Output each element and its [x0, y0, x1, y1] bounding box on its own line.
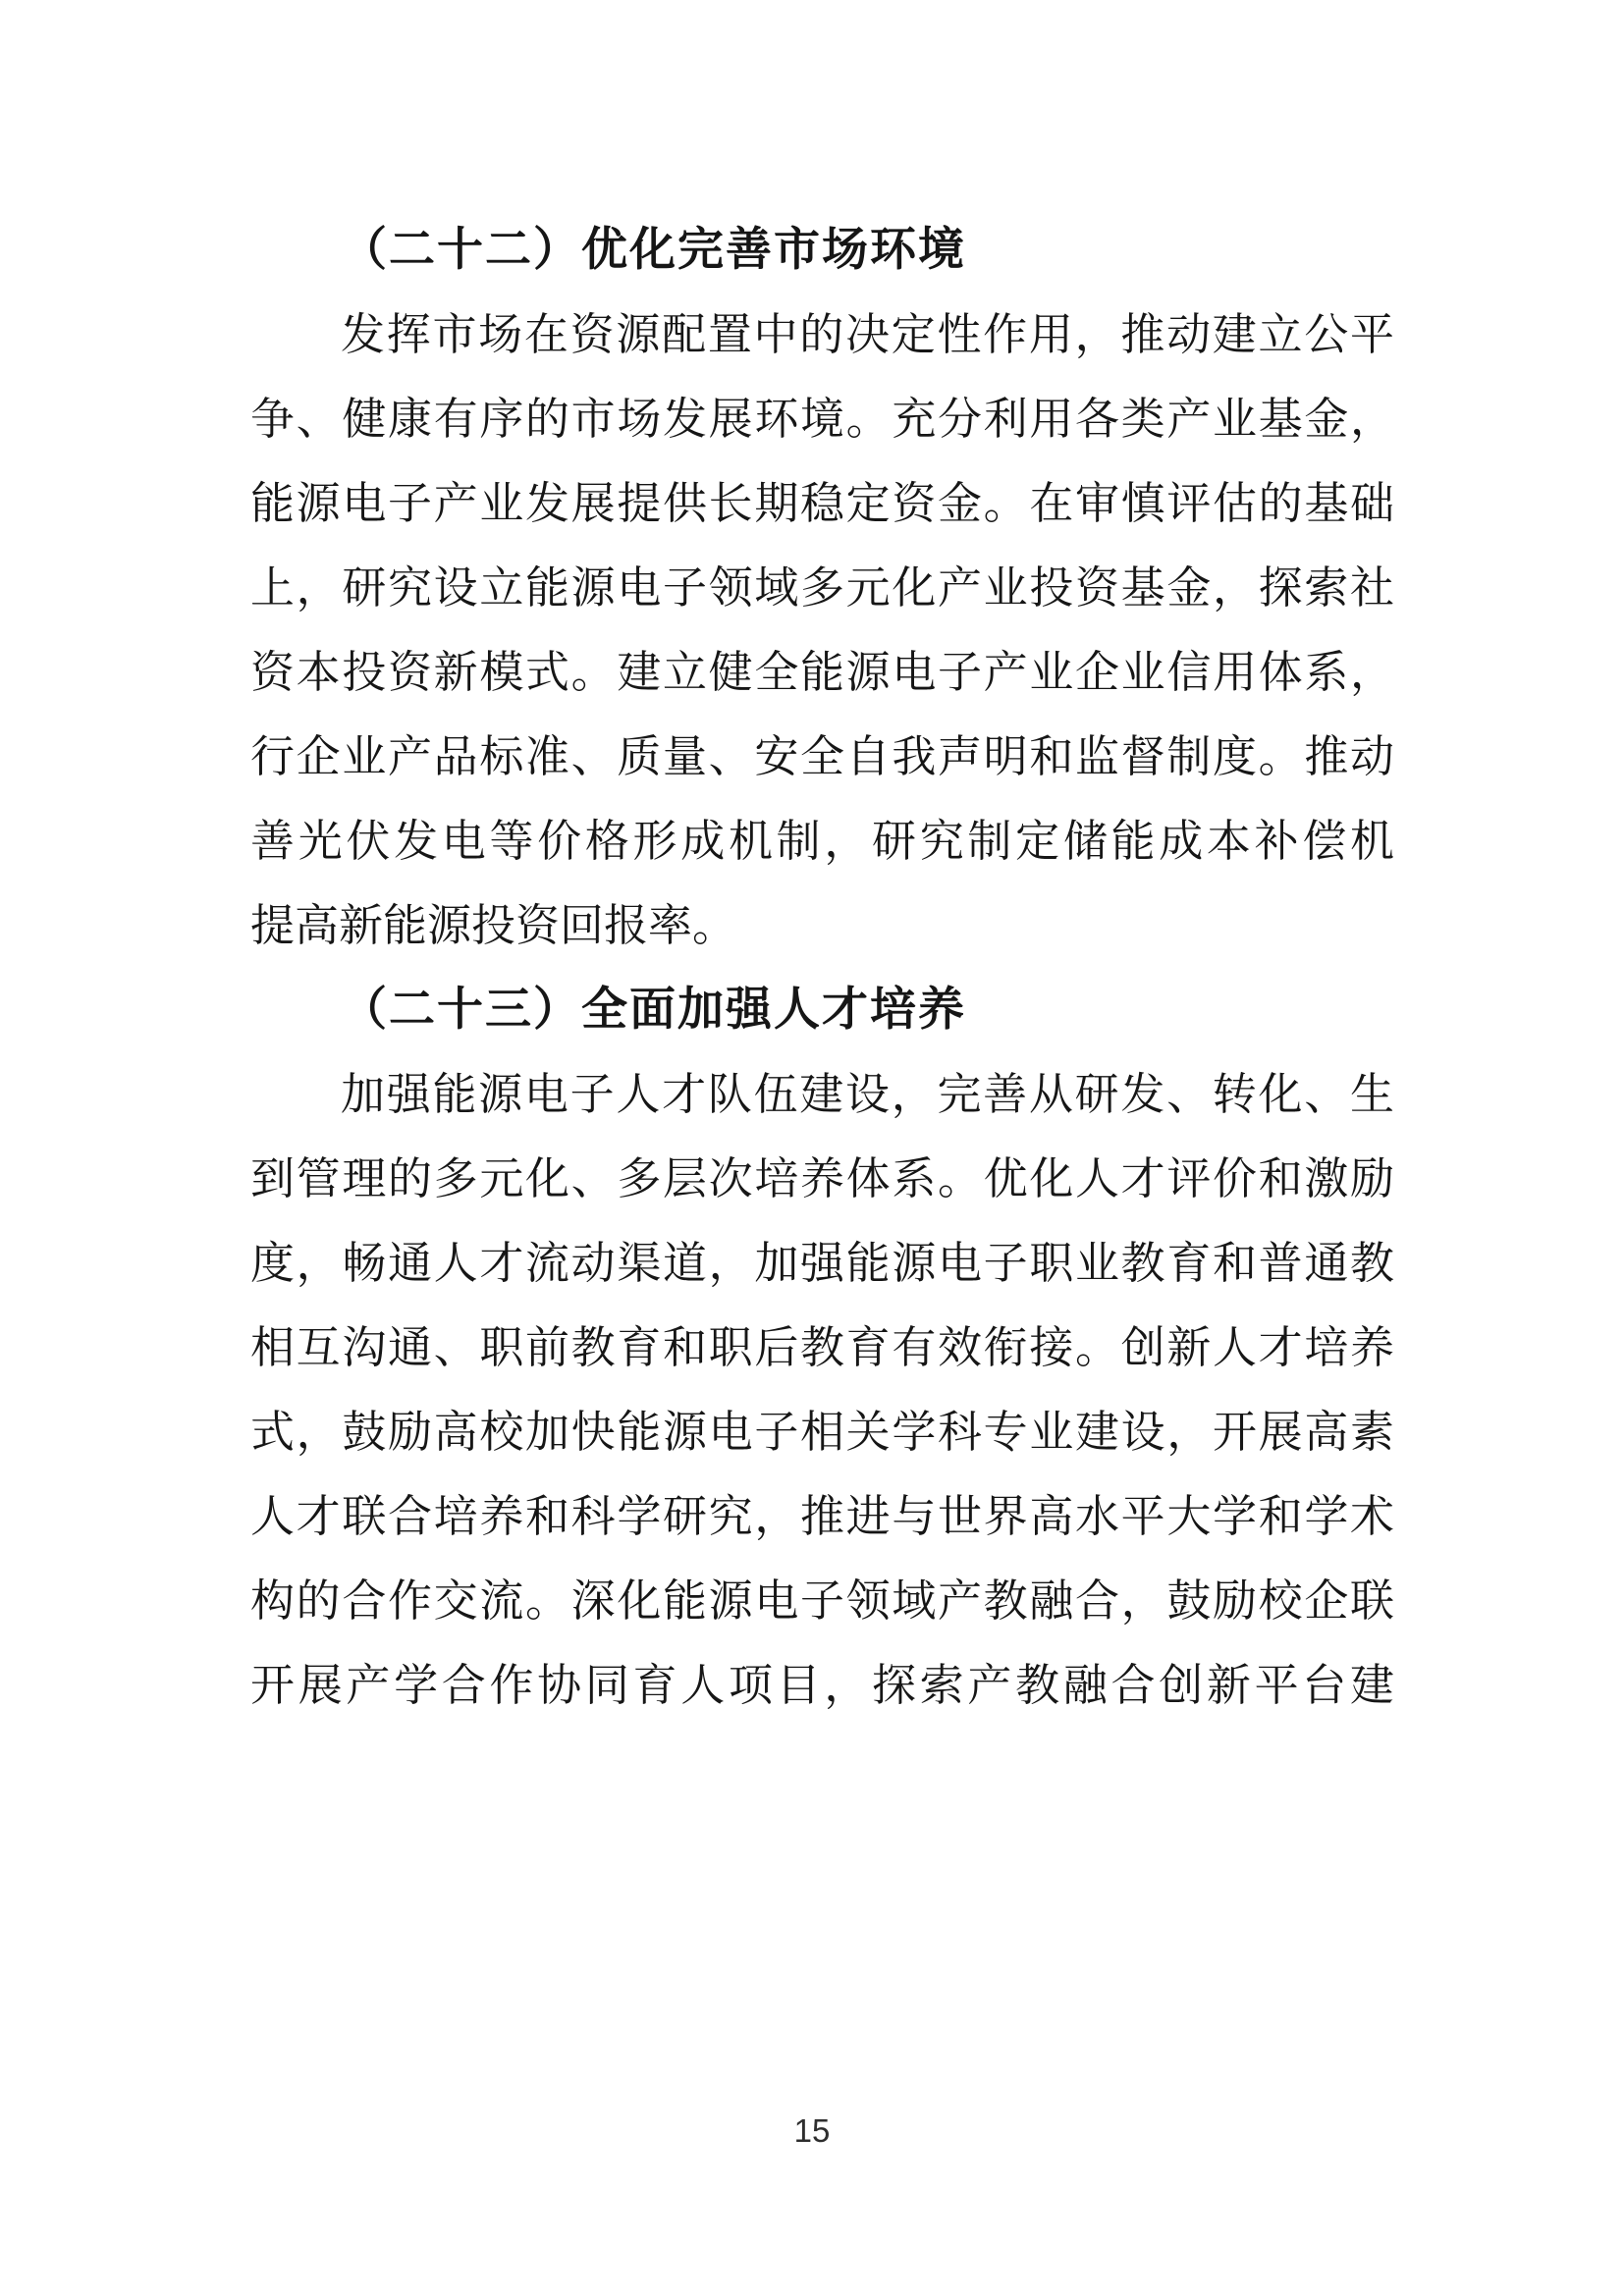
- section-23: （二十三）全面加强人才培养 加强能源电子人才队伍建设，完善从研发、转化、生产到管…: [250, 968, 1394, 1728]
- text-line: 资本投资新模式。建立健全能源电子产业企业信用体系，推: [250, 630, 1394, 715]
- section-23-heading: （二十三）全面加强人才培养: [250, 968, 1394, 1052]
- text-line: 到管理的多元化、多层次培养体系。优化人才评价和激励制: [250, 1137, 1394, 1221]
- text-line: 争、健康有序的市场发展环境。充分利用各类产业基金，为: [250, 377, 1394, 461]
- text-line: 行企业产品标准、质量、安全自我声明和监督制度。推动完: [250, 715, 1394, 799]
- text-line: 度，畅通人才流动渠道，加强能源电子职业教育和普通教育: [250, 1221, 1394, 1306]
- document-content: （二十二）优化完善市场环境 发挥市场在资源配置中的决定性作用，推动建立公平竞争、…: [250, 208, 1394, 1728]
- document-page: （二十二）优化完善市场环境 发挥市场在资源配置中的决定性作用，推动建立公平竞争、…: [0, 0, 1624, 2296]
- text-line: 善光伏发电等价格形成机制，研究制定储能成本补偿机制，: [250, 799, 1394, 883]
- section-22-paragraph: 发挥市场在资源配置中的决定性作用，推动建立公平竞争、健康有序的市场发展环境。充分…: [250, 293, 1394, 968]
- page-number: 15: [0, 2112, 1624, 2150]
- section-22-heading: （二十二）优化完善市场环境: [250, 208, 1394, 293]
- text-line: 加强能源电子人才队伍建设，完善从研发、转化、生产: [250, 1052, 1394, 1137]
- text-line: 式，鼓励高校加快能源电子相关学科专业建设，开展高素质: [250, 1390, 1394, 1474]
- text-line: 能源电子产业发展提供长期稳定资金。在审慎评估的基础: [250, 461, 1394, 546]
- section-22: （二十二）优化完善市场环境 发挥市场在资源配置中的决定性作用，推动建立公平竞争、…: [250, 208, 1394, 968]
- text-line: 上，研究设立能源电子领域多元化产业投资基金，探索社会: [250, 546, 1394, 630]
- text-line: 人才联合培养和科学研究，推进与世界高水平大学和学术机: [250, 1474, 1394, 1559]
- section-23-paragraph: 加强能源电子人才队伍建设，完善从研发、转化、生产到管理的多元化、多层次培养体系。…: [250, 1052, 1394, 1728]
- text-line: 构的合作交流。深化能源电子领域产教融合，鼓励校企联合: [250, 1559, 1394, 1643]
- text-line: 发挥市场在资源配置中的决定性作用，推动建立公平竞: [250, 293, 1394, 377]
- text-line: 开展产学合作协同育人项目，探索产教融合创新平台建设。: [250, 1643, 1394, 1728]
- text-line: 相互沟通、职前教育和职后教育有效衔接。创新人才培养模: [250, 1306, 1394, 1390]
- text-line: 提高新能源投资回报率。: [250, 883, 1394, 968]
